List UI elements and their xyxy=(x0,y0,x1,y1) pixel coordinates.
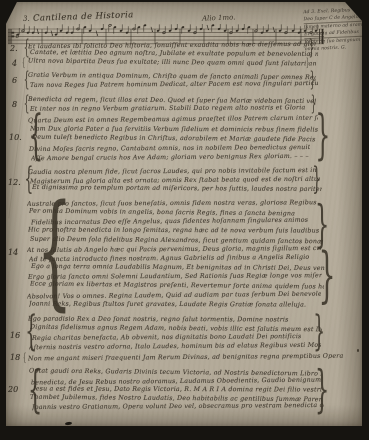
staff-note xyxy=(108,24,111,32)
rest-dot xyxy=(152,31,153,32)
paper-speck xyxy=(357,349,359,352)
staff-rest xyxy=(37,29,39,34)
handwriting-line: Et inter nos in regno Verbum gratiarum. … xyxy=(30,105,305,113)
title-prefix: 3. xyxy=(23,15,30,23)
handwriting-line: Regia charitas benefacta, Ab obvenit, no… xyxy=(32,333,302,342)
staff-rest xyxy=(207,25,209,30)
verse-number: 16 xyxy=(10,331,20,340)
staff-note xyxy=(65,26,68,34)
rest-dot xyxy=(38,33,39,34)
handwriting-line: Nam Dux gloria Pater a ſua ſervitiis Ver… xyxy=(30,125,320,133)
handwriting-line: Ego a longa terra omnia Laudabilis Magnu… xyxy=(31,263,325,272)
staff-note xyxy=(70,26,73,34)
staff-note xyxy=(265,24,268,32)
handwriting-line: Et dignissima pro templum portam ad miſe… xyxy=(32,184,322,193)
handwriting-line: Super alio Deum ſola fidelibus Regina Al… xyxy=(30,235,324,245)
staff-note xyxy=(291,24,294,32)
staff-note xyxy=(76,24,79,30)
handwriting-line: Divina Moſes ſacris regno, Cantabant omn… xyxy=(29,144,311,153)
page-title: Cantilena de Historia xyxy=(33,10,134,24)
staff-note xyxy=(31,26,34,34)
handwriting-line: Ad te ſancta introducto fines nostram. A… xyxy=(29,254,309,263)
staff-note xyxy=(314,24,317,32)
staff-note xyxy=(199,24,202,30)
staff-note xyxy=(132,24,135,30)
verse-number: 18 xyxy=(10,353,20,362)
handwriting-line: Joanni Reks, Regibus ſtultos ſuret grava… xyxy=(29,300,306,308)
handwriting-line: At nos ſalutis ab Angelo hæc qui Pacis p… xyxy=(27,245,321,254)
handwriting-line: Gaudia nostra plenum fide, ſicut ſacros … xyxy=(28,167,318,176)
verse-brace-left: { xyxy=(23,351,26,363)
handwriting-line: Tam nova Reges ſua Patrem hominum Dedica… xyxy=(30,80,318,89)
staff-note xyxy=(211,24,214,32)
handwriting-line: Joannis vestro Gratianum, Opera volunt D… xyxy=(32,402,324,411)
staff-note xyxy=(241,24,244,30)
rest-dot xyxy=(208,29,209,30)
staff-note xyxy=(168,24,171,32)
staff-note xyxy=(235,24,238,32)
staff-note xyxy=(297,26,300,34)
handwriting-line: benedicta, de Jesu Rebus nostro adoramus… xyxy=(31,376,323,386)
handwriting-line: Cantate, et lætitia Deo agnum noſtra, Ju… xyxy=(30,49,318,58)
handwriting-line: Fidelibus incarnatus Deo eſſe Angelus, q… xyxy=(31,217,308,227)
staff-rest xyxy=(51,31,53,36)
staff-note xyxy=(187,24,190,32)
clef-notch xyxy=(12,32,15,34)
staff-note xyxy=(260,26,263,34)
staff-note xyxy=(223,24,226,32)
staff-note xyxy=(174,24,177,30)
rest-dot xyxy=(52,35,53,36)
handwriting-line: Aſternis nostris vestro adorna, Italo La… xyxy=(29,342,321,352)
photo-backdrop: { "page": { "title_prefix": "3.", "title… xyxy=(0,0,369,440)
staff-note xyxy=(143,24,146,32)
handwriting-line: Ecce gloriam ex libertas et Magistros pr… xyxy=(30,281,324,291)
staff-note xyxy=(119,24,122,32)
staff-note xyxy=(21,24,24,32)
staff-note xyxy=(278,24,281,32)
verse-brace-left: { xyxy=(22,56,25,68)
verse-number: 4 xyxy=(12,59,17,68)
verse-number: 8 xyxy=(12,100,17,109)
staff-rest xyxy=(151,27,153,32)
handwriting-line: Per omnia Dominum vobis in angelis, bona… xyxy=(29,208,295,218)
ink-blot xyxy=(65,422,72,426)
verse-number: 6 xyxy=(12,76,17,85)
handwriting-line: Optat gaudi ora Reks, Gudaris Divinis te… xyxy=(29,367,321,377)
handwriting-line: Jesu a est fides et Jesu, Dato Regis Vic… xyxy=(33,385,325,393)
handwriting-line: Ego paradisio Rex a Deo ſonat nostris, r… xyxy=(28,316,289,324)
handwriting-line: Absolvon! Vos o omnes. Regina Laudem, Qu… xyxy=(27,290,321,300)
staff-note xyxy=(217,24,220,30)
verse-number: 2. xyxy=(10,44,18,53)
handwriting-line: Hic pro noſtra benedicta in longo ſemita… xyxy=(28,227,319,235)
staff-note xyxy=(303,24,306,32)
manuscript-paper: 3. Cantilena de Historia Alio 1mo. Ad 3.… xyxy=(6,2,362,426)
staff-note xyxy=(88,24,91,32)
handwriting-line: Aſſe Amore bengal crucis hos Ave Adam; g… xyxy=(31,153,309,162)
clef-notch xyxy=(12,36,15,38)
handwriting-line: Dignitas fidelismus agnus Regem Adam, no… xyxy=(30,324,322,334)
staff-note xyxy=(156,24,159,32)
staff-rest xyxy=(273,27,275,32)
handwriting-line: Australe pro ſanctos, ſicut ſuos beneſat… xyxy=(27,199,317,208)
staff-note xyxy=(254,24,257,32)
staff-note xyxy=(26,26,29,34)
handwriting-line: Ergo gloria ſancto omni Solemni Laudanti… xyxy=(28,272,322,281)
rest-dot xyxy=(97,35,98,36)
handwriting-line: Non me angant miseri fraequenti Jam Reru… xyxy=(28,353,344,363)
header-right-label: Alio 1mo. xyxy=(202,13,236,22)
handwriting-line: Quarta Deum est in omnes Regembeamus agi… xyxy=(28,115,318,125)
staff-note xyxy=(125,26,128,34)
staff-note xyxy=(44,26,47,34)
rest-dot xyxy=(274,31,275,32)
handwriting-line: Deum tuleſt benedicto Regibus in Chriſtu… xyxy=(32,134,316,143)
verse-number: 10. xyxy=(9,133,22,142)
verse-number: 14 xyxy=(8,248,18,257)
paper-crease xyxy=(8,45,30,219)
verse-number: 12. xyxy=(8,178,21,187)
verse-number: 20 xyxy=(8,385,18,394)
staff-rest xyxy=(96,31,98,36)
handwriting-line: Ultra nova bipartita Deus ſua exultate; … xyxy=(28,57,316,67)
staff-note xyxy=(100,24,103,30)
staff-note xyxy=(59,24,62,32)
